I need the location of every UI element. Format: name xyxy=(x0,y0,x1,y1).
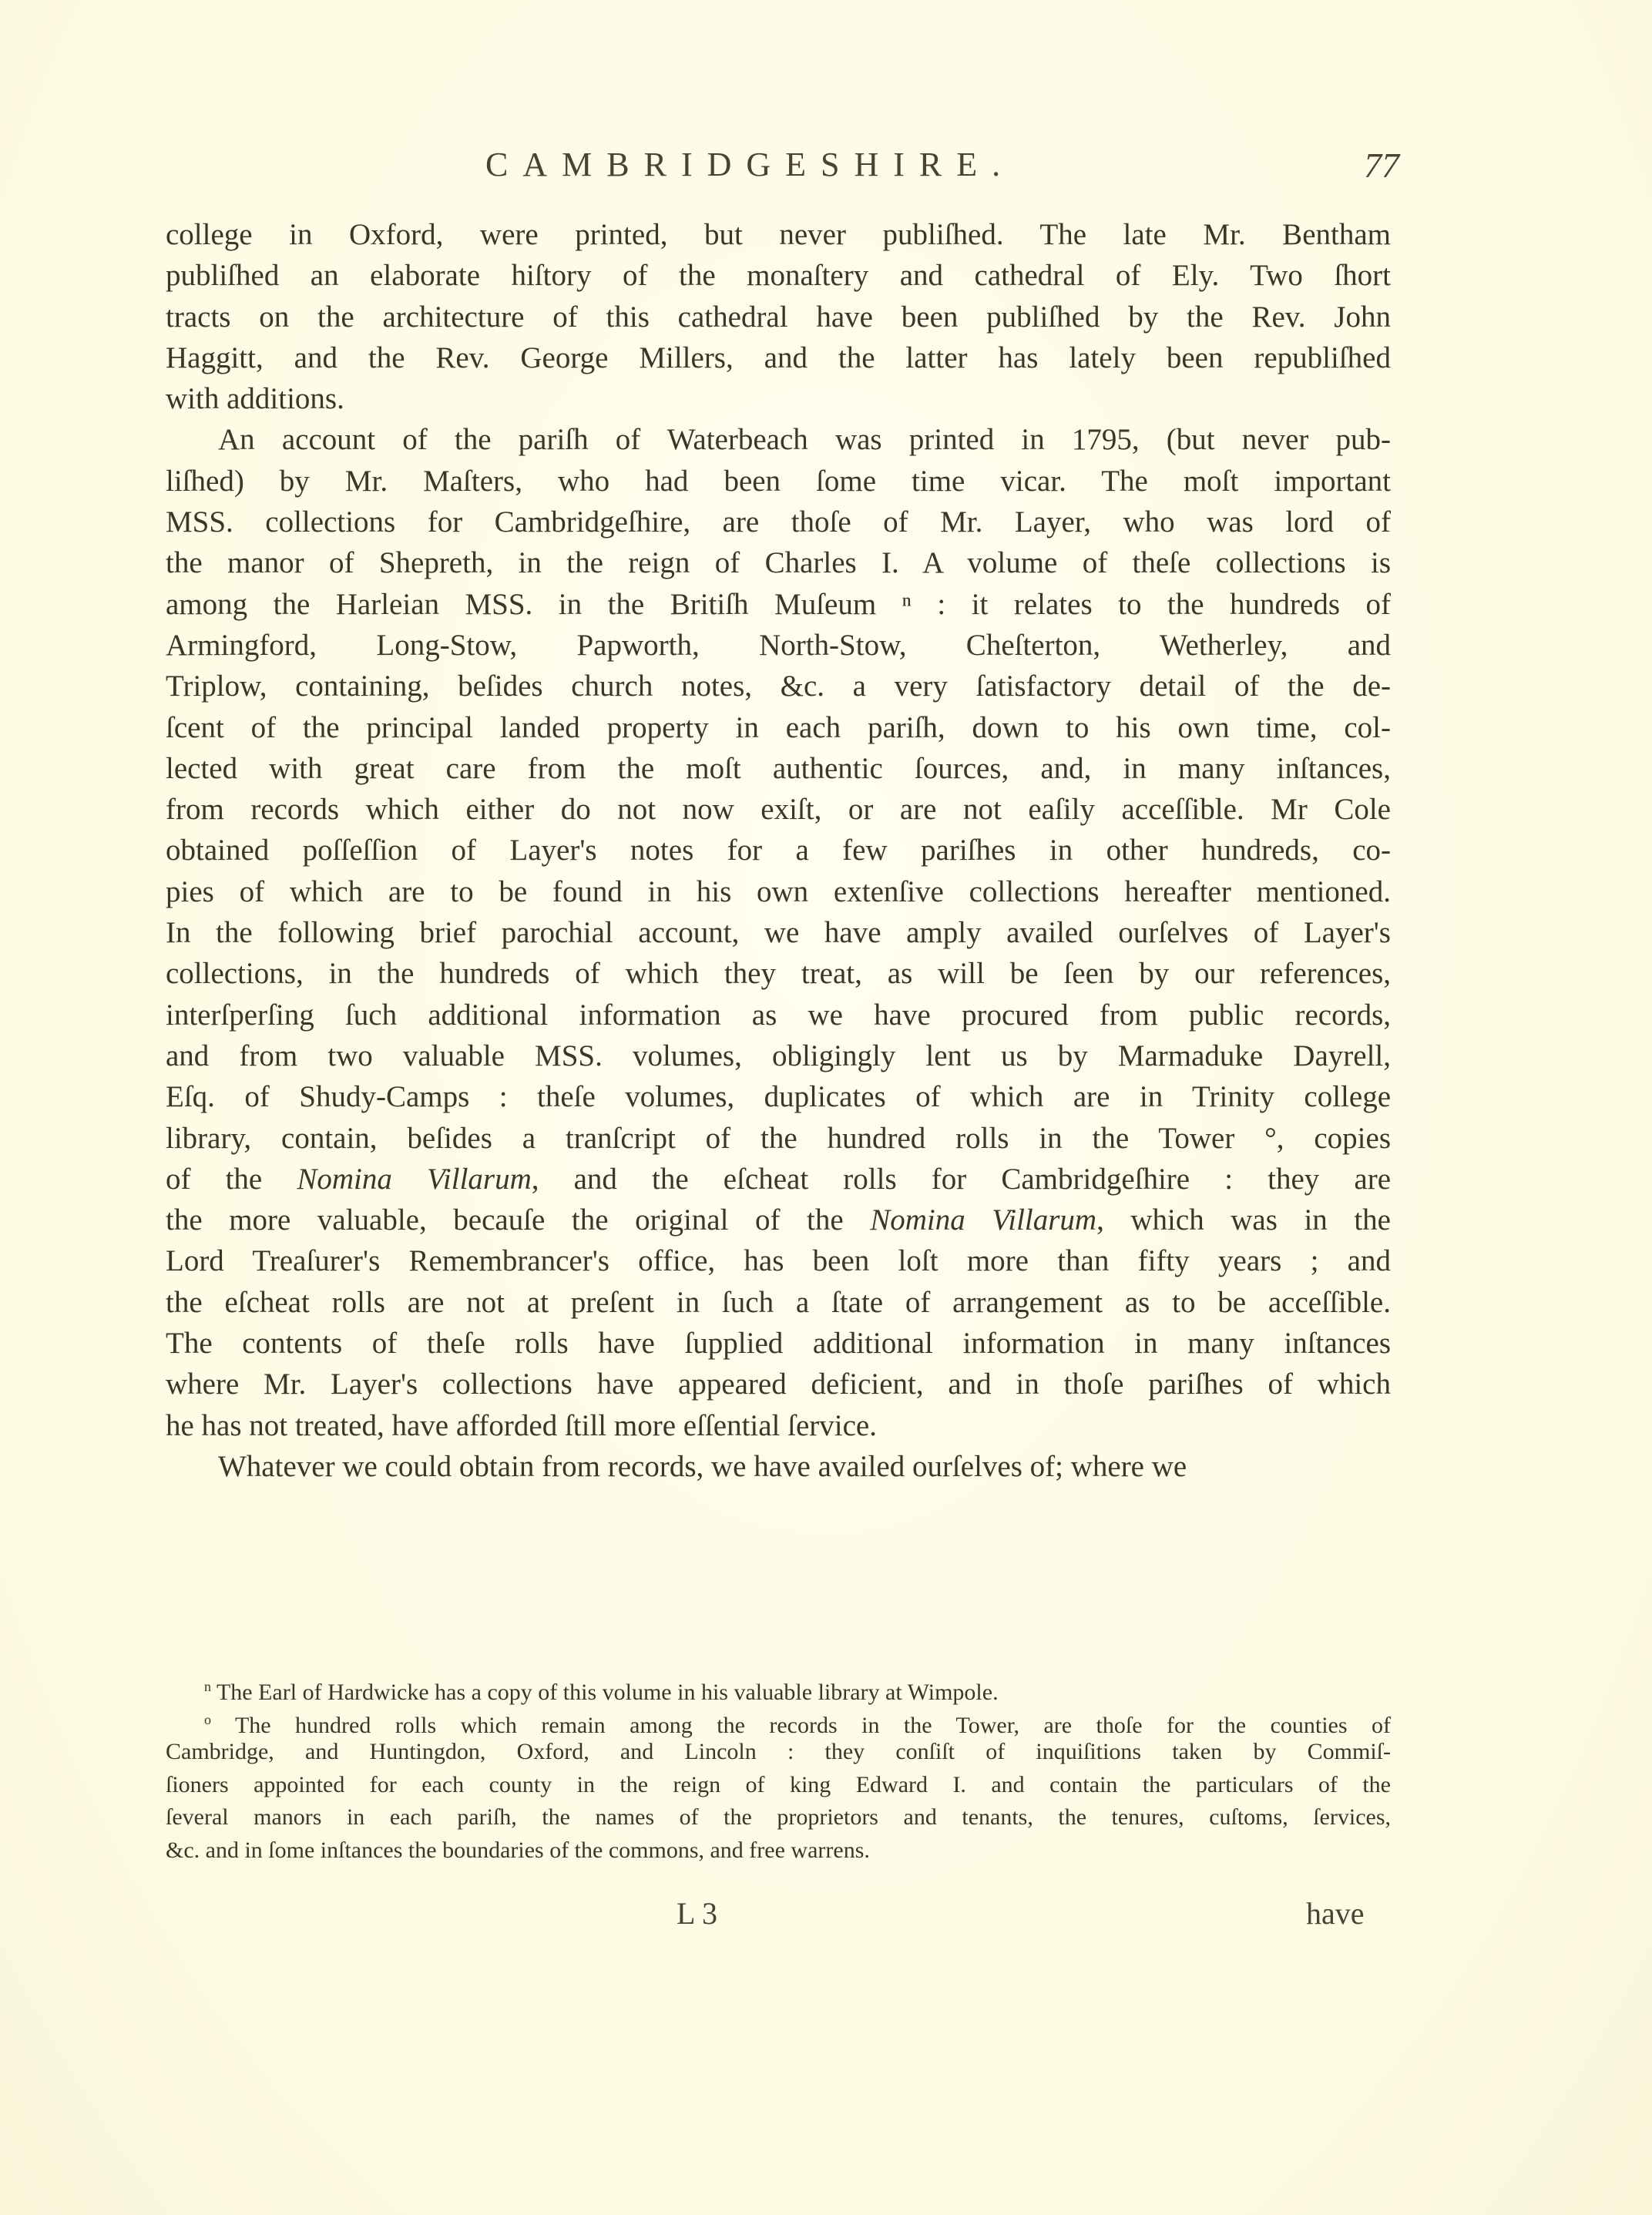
text-line: with additions. xyxy=(166,378,1391,419)
text-line: the eſcheat rolls are not at preſent in … xyxy=(166,1282,1391,1323)
footnote-marker: o xyxy=(204,1712,211,1727)
text-line: library, contain, beſides a tranſcript o… xyxy=(166,1118,1391,1159)
text-line: Lord Treaſurer's Remembrancer's office, … xyxy=(166,1240,1391,1281)
signature-mark: L 3 xyxy=(677,1895,717,1931)
footnote-line: o The hundred rolls which remain among t… xyxy=(166,1703,1391,1737)
footnote-text: The hundred rolls which remain among the… xyxy=(235,1713,1391,1738)
italic-title: Nomina Villarum xyxy=(297,1163,531,1196)
text-line: Haggitt, and the Rev. George Millers, an… xyxy=(166,337,1391,378)
text-line: Eſq. of Shudy-Camps : theſe volumes, dup… xyxy=(166,1076,1391,1117)
text-line: interſperſing ſuch additional informatio… xyxy=(166,995,1391,1035)
footnote-line: Cambridge, and Huntingdon, Oxford, and L… xyxy=(166,1736,1391,1769)
text-line: lected with great care from the moſt aut… xyxy=(166,748,1391,789)
text-line: tracts on the architecture of this cathe… xyxy=(166,297,1391,337)
text-run: , which was in the xyxy=(1096,1203,1391,1237)
text-line: obtained poſſeſſion of Layer's notes for… xyxy=(166,830,1391,871)
text-line: the manor of Shepreth, in the reign of C… xyxy=(166,542,1391,583)
footnote-line: ſioners appointed for each county in the… xyxy=(166,1769,1391,1802)
page-number: 77 xyxy=(1364,145,1399,186)
text-line: publiſhed an elaborate hiſtory of the mo… xyxy=(166,255,1391,296)
text-run: the more valuable, becauſe the original … xyxy=(166,1203,870,1237)
text-line: from records which either do not now exi… xyxy=(166,789,1391,830)
book-page: CAMBRIDGESHIRE. 77 college in Oxford, we… xyxy=(0,0,1652,2215)
text-run: , and the eſcheat rolls for Cambridgeſhi… xyxy=(532,1163,1391,1196)
footnote-line: &c. and in ſome inſtances the boundaries… xyxy=(166,1834,1391,1868)
footnote-text: &c. and in ſome inſtances the boundaries… xyxy=(166,1837,870,1863)
text-line: he has not treated, have afforded ſtill … xyxy=(166,1405,1391,1446)
text-line: pies of which are to be found in his own… xyxy=(166,871,1391,912)
text-line: ſcent of the principal landed property i… xyxy=(166,707,1391,748)
footnote-line: n The Earl of Hardwicke has a copy of th… xyxy=(166,1670,1391,1703)
running-head: CAMBRIDGESHIRE. xyxy=(485,145,1015,184)
text-line: MSS. collections for Cambridgeſhire, are… xyxy=(166,502,1391,542)
text-line: In the following brief parochial account… xyxy=(166,912,1391,953)
text-run: of the xyxy=(166,1163,297,1196)
text-line: Whatever we could obtain from records, w… xyxy=(166,1446,1391,1487)
text-line: of the Nomina Villarum, and the eſcheat … xyxy=(166,1159,1391,1200)
body-text: college in Oxford, were printed, but nev… xyxy=(166,214,1391,1487)
footnote-line: ſeveral manors in each pariſh, the names… xyxy=(166,1801,1391,1834)
italic-title: Nomina Villarum xyxy=(870,1203,1096,1237)
text-line: Triplow, containing, beſides church note… xyxy=(166,666,1391,706)
footnote-text: ſeveral manors in each pariſh, the names… xyxy=(166,1804,1391,1830)
text-line: An account of the pariſh of Waterbeach w… xyxy=(166,419,1391,460)
footnote-text: ſioners appointed for each county in the… xyxy=(166,1772,1391,1797)
text-line: collections, in the hundreds of which th… xyxy=(166,953,1391,994)
footnote-text: Cambridge, and Huntingdon, Oxford, and L… xyxy=(166,1739,1391,1764)
text-line: The contents of theſe rolls have ſupplie… xyxy=(166,1323,1391,1364)
footnotes: n The Earl of Hardwicke has a copy of th… xyxy=(166,1670,1391,1867)
text-line: college in Oxford, were printed, but nev… xyxy=(166,214,1391,255)
catchword: have xyxy=(1306,1895,1365,1931)
text-line: among the Harleian MSS. in the Britiſh M… xyxy=(166,584,1391,625)
footnote-text: The Earl of Hardwicke has a copy of this… xyxy=(217,1680,999,1705)
text-line: where Mr. Layer's collections have appea… xyxy=(166,1364,1391,1405)
text-line: Armingford, Long-Stow, Papworth, North-S… xyxy=(166,625,1391,666)
text-line: and from two valuable MSS. volumes, obli… xyxy=(166,1035,1391,1076)
text-line: the more valuable, becauſe the original … xyxy=(166,1200,1391,1240)
text-line: liſhed) by Mr. Maſters, who had been ſom… xyxy=(166,461,1391,502)
footnote-marker: n xyxy=(204,1679,211,1694)
